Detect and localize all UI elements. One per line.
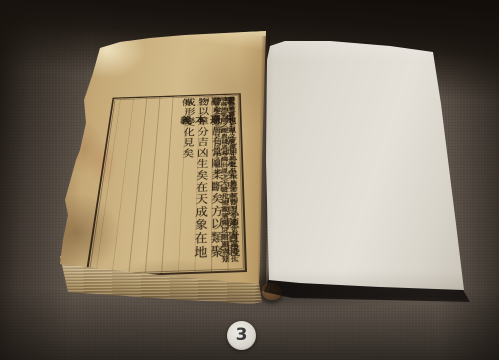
commentary-text: 天地者陰陽形氣之實體乾坤者易中純陽純陰之卦名也卑高者天地萬物上下之位貴賤者易中卦…	[212, 96, 239, 268]
text-frame-content: 周易卷三 繫辭上傳繫去聲下同朱熹本義 繫辭本謂文王周公所作之辭繫于卦爻之下者即今…	[92, 96, 241, 272]
museum-photo: 周易卷三 繫辭上傳繫去聲下同朱熹本義 繫辭本謂文王周公所作之辭繫于卦爻之下者即今…	[0, 0, 499, 360]
blank-page	[258, 34, 470, 296]
text-frame: 周易卷三 繫辭上傳繫去聲下同朱熹本義 繫辭本謂文王周公所作之辭繫于卦爻之下者即今…	[85, 93, 247, 277]
printed-page: 周易卷三 繫辭上傳繫去聲下同朱熹本義 繫辭本謂文王周公所作之辭繫于卦爻之下者即今…	[55, 28, 270, 290]
exhibit-number: 3	[236, 327, 248, 344]
exhibit-number-badge: 3	[227, 321, 256, 350]
